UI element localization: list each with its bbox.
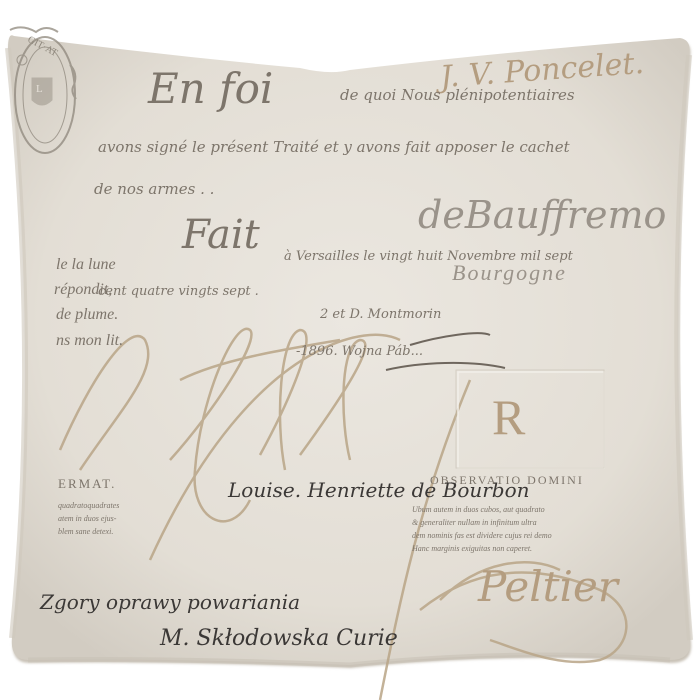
observatio-line-1: Ubum autem in duos cubos, aut quadrato	[412, 506, 545, 514]
signature-louise: Louise. Henriette de Bourbon	[228, 480, 530, 500]
observatio-line-2: & generaliter nullam in infinitum ultra	[412, 519, 537, 527]
monogram-r: R	[492, 392, 525, 442]
manuscript-line-cent: cent quatre vingts sept .	[98, 285, 259, 298]
observatio-line-4: Hanc marginis exiguitas non caperet.	[412, 545, 532, 553]
heading-fait: Fait	[182, 215, 260, 255]
signature-small-2: -1896. Wojna Páb...	[296, 345, 423, 358]
fermat-line-2: atem in duos ejus-	[58, 515, 116, 523]
manuscript-line-1: de quoi Nous plénipotentiaires	[340, 88, 575, 103]
fragment-4: ns mon lit.	[56, 333, 123, 349]
product-photo: J. V. Poncelet. En foi de quoi Nous plén…	[0, 0, 700, 700]
fermat-line-3: blem sane detexi.	[58, 528, 113, 536]
observatio-line-3: dem nominis fas est dividere cujus rei d…	[412, 532, 552, 540]
fragment-3: de plume.	[56, 307, 118, 323]
signature-sklodowska: M. Skłodowska Curie	[160, 628, 398, 650]
signature-peltier: Peltier	[478, 566, 618, 608]
fermat-heading: ERMAT.	[58, 477, 116, 490]
signature-small-1: 2 et D. Montmorin	[320, 308, 441, 321]
text-de-bauffremont: deBauffremo	[418, 196, 666, 234]
fragment-2: répondit,	[54, 282, 112, 298]
heading-en-foi: En foi	[148, 68, 273, 110]
fermat-line-1: quadratoquadrates	[58, 502, 119, 510]
manuscript-line-3: de nos armes . .	[94, 182, 214, 197]
fragment-1: le la lune	[56, 257, 116, 273]
text-bourgogne: Bourgogne	[452, 262, 567, 284]
manuscript-line-2: avons signé le présent Traité et y avons…	[98, 140, 570, 155]
polish-line: Zgory oprawy powariania	[40, 592, 300, 612]
crest-shield-letter: L	[36, 84, 43, 95]
